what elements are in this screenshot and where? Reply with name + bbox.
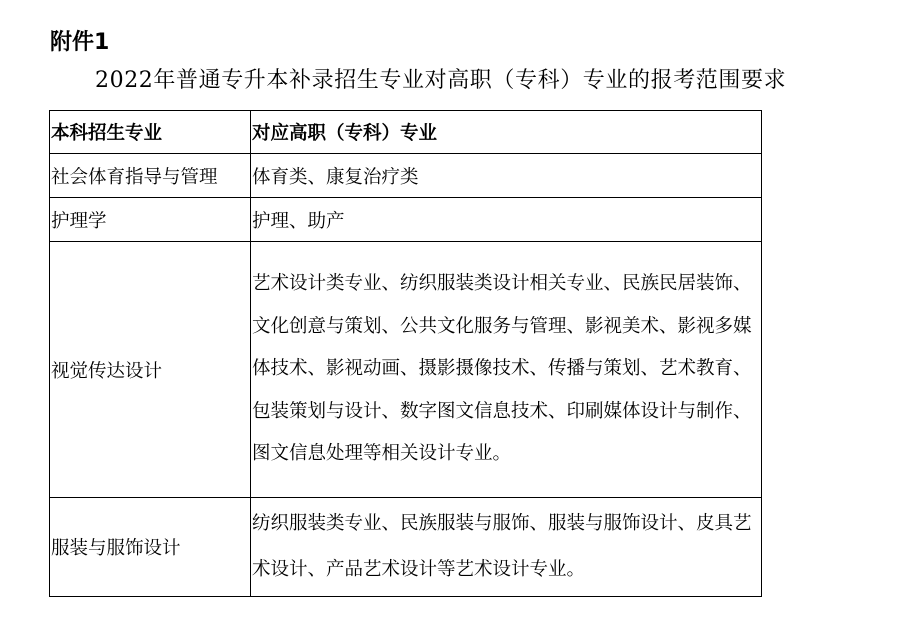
undergraduate-major-cell: 视觉传达设计 [50,242,251,498]
vocational-majors-text: 艺术设计类专业、纺织服装类设计相关专业、民族民居装饰、文化创意与策划、公共文化服… [252,263,760,476]
undergraduate-major-cell: 社会体育指导与管理 [50,154,251,198]
undergraduate-major-cell: 服装与服饰设计 [50,498,251,597]
header-vocational-major: 对应高职（专科）专业 [251,111,762,154]
vocational-majors-cell: 艺术设计类专业、纺织服装类设计相关专业、民族民居装饰、文化创意与策划、公共文化服… [251,242,762,498]
undergraduate-major-cell: 护理学 [50,198,251,242]
header-undergraduate-major: 本科招生专业 [50,111,251,154]
table-row: 社会体育指导与管理 体育类、康复治疗类 [50,154,762,198]
vocational-majors-cell: 体育类、康复治疗类 [251,154,762,198]
vocational-majors-cell: 纺织服装类专业、民族服装与服饰、服装与服饰设计、皮具艺术设计、产品艺术设计等艺术… [251,498,762,597]
table-row: 服装与服饰设计 纺织服装类专业、民族服装与服饰、服装与服饰设计、皮具艺术设计、产… [50,498,762,597]
attachment-label: 附件1 [50,28,109,58]
table-header-row: 本科招生专业 对应高职（专科）专业 [50,111,762,154]
table-row: 护理学 护理、助产 [50,198,762,242]
major-requirements-table: 本科招生专业 对应高职（专科）专业 社会体育指导与管理 体育类、康复治疗类 护理… [49,110,762,597]
vocational-majors-text: 纺织服装类专业、民族服装与服饰、服装与服饰设计、皮具艺术设计、产品艺术设计等艺术… [252,501,760,593]
document-title: 2022年普通专升本补录招生专业对高职（专科）专业的报考范围要求 [95,66,786,96]
vocational-majors-cell: 护理、助产 [251,198,762,242]
table-row: 视觉传达设计 艺术设计类专业、纺织服装类设计相关专业、民族民居装饰、文化创意与策… [50,242,762,498]
